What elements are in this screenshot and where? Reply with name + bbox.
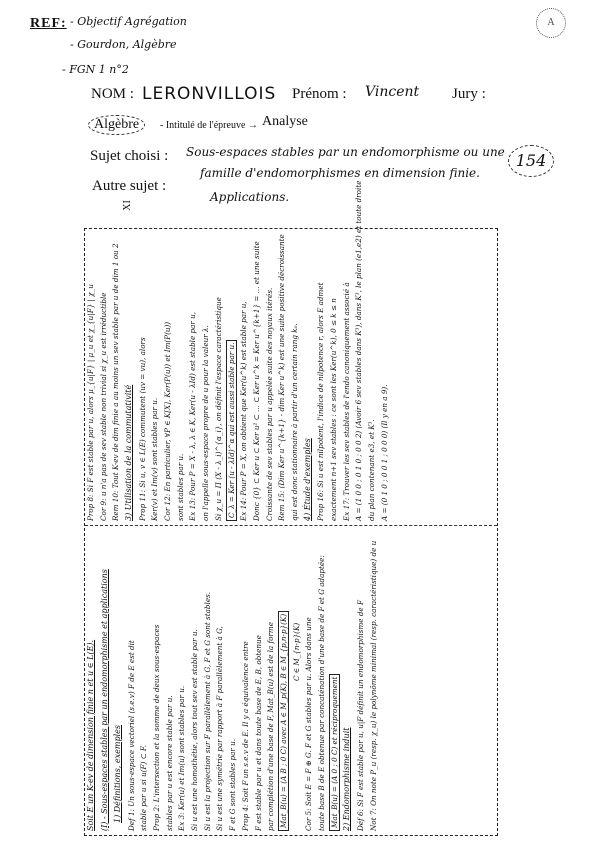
sujet-value-line-2: famille d'endomorphismes en dimension fi… — [200, 166, 480, 180]
corner-mark: XI — [122, 200, 133, 211]
plan-line: Rem 10: Tout K-ev de dim finie a au moin… — [112, 233, 119, 521]
plan-line: Ex 13: Pour P = X - λ, λ ∈ K, Ker(u - λI… — [189, 233, 196, 521]
plan-line: Croissante de sev stables par u appelée … — [266, 233, 273, 521]
plan-line: Si u est une symétrie par rapport à F pa… — [216, 530, 223, 831]
prenom-value: Vincent — [365, 84, 419, 100]
plan-line: F et G sont stables par u. — [229, 530, 236, 831]
plan-line: stables par u est encore stable par u. — [166, 530, 173, 831]
plan-subsection-title: 3) Utilisation de la commutativité — [125, 233, 133, 521]
stamp-icon: A — [536, 8, 566, 38]
plan-line: Rem 15: (Dim Ker u^{k+1} - dim Ker u^k) … — [278, 233, 285, 521]
prenom-label: Prénom : — [292, 86, 347, 103]
plan-line: Ex 17: Trouver les sev stables de l'endo… — [343, 233, 350, 521]
plan-line: Prop 16: Si u est nilpotent, l'indice de… — [317, 233, 324, 521]
plan-formula-box: C_λ = Ker (u - λId)^α qui est aussi stab… — [226, 340, 237, 521]
plan-line: Def 1: Un sous-espace vectoriel (s.e.v) … — [128, 530, 135, 831]
ref-line-3: - FGN 1 n°2 — [62, 63, 129, 76]
plan-line: F est stable par u et dans toute base de… — [255, 530, 262, 831]
plan-line: Prop 2: L'intersection et la somme de de… — [153, 530, 160, 831]
plan-line: Si u est une homothétie, alors tout sev … — [191, 530, 198, 831]
ref-line-1: - Objectif Agrégation — [70, 15, 187, 28]
plan-line: Not 7: On note P_u (resp. χ_u) le polynô… — [370, 530, 377, 831]
plan-line: stable par u si u(F) ⊂ F. — [140, 530, 147, 831]
plan-subsection-title: 4) Étude d'exemples — [304, 233, 312, 521]
plan-line: par complétion d'une base de F, Mat_B(u)… — [267, 530, 274, 831]
sujet-value-line-1: Sous-espaces stables par un endomorphism… — [186, 145, 505, 159]
plan-line: on l'appelle sous-espace propre de u pou… — [202, 233, 209, 521]
lesson-number-circled: 154 — [508, 145, 554, 177]
plan-line: Prop 11: Si u, v ∈ L(E) commutent (uv = … — [139, 233, 146, 521]
plan-line: A = (0 1 0 ; 0 0 1 ; 0 0 0) (Il y en a 9… — [381, 233, 388, 521]
autre-sujet-value: Applications. — [210, 190, 289, 204]
plan-line: Donc {0} ⊂ Ker u ⊂ Ker u² ⊂ ... ⊂ Ker u^… — [253, 233, 260, 521]
jury-label: Jury : — [452, 86, 486, 103]
lesson-plan-rotated: Soit E un K-ev de dimension finie n et u… — [85, 229, 497, 835]
plan-line: Prop 4: Soit F un s.e.v de E. Il y a équ… — [242, 530, 249, 831]
plan-subsection-title: 1) Définitions, exemples — [114, 530, 122, 823]
nom-value: LERONVILLOIS — [142, 84, 276, 104]
plan-line: A = (1 0 0 ; 0 1 0 ; 0 0 2) (Avoir 6 sev… — [355, 233, 362, 521]
plan-left-column: Soit E un K-ev de dimension finie n et u… — [85, 525, 497, 835]
plan-line: Cor 12: En particulier, ∀P ∈ K[X], Ker(P… — [164, 233, 171, 521]
autre-sujet-label: Autre sujet : — [92, 178, 166, 195]
plan-subsection-title: 2) Endomorphisme induit — [343, 530, 351, 831]
option-analyse: Analyse — [262, 114, 308, 130]
plan-line: Ex 14: Pour P = X, on obtient que Ker(u^… — [240, 233, 247, 521]
nom-label: NOM : — [91, 86, 134, 103]
plan-right-column: Prop 8: Si F est stable par u, alors μ_{… — [85, 229, 497, 525]
plan-line: toute base B de E obtenue par concaténat… — [318, 530, 325, 831]
plan-line: du plan contenant e3, et K³. — [368, 233, 375, 521]
plan-line: Cor 9: u n'a pas de sev stable non trivi… — [100, 233, 107, 521]
plan-line: Déf 6: Si F est stable par u, u|F défini… — [357, 530, 364, 831]
plan-line: sont stables par u. — [177, 233, 184, 521]
option-rest: - Intitulé de l'épreuve → — [160, 120, 258, 131]
plan-line: Cor 5: Soit E = F ⊕ G. F et G stables pa… — [305, 530, 312, 831]
option-algebre-circled: Algèbre — [88, 115, 145, 135]
plan-line: Ker(v) et Im(v) sont stables par u. — [151, 233, 158, 521]
lesson-plan-box: Soit E un K-ev de dimension finie n et u… — [84, 228, 498, 836]
plan-line: Si χ_u = Π (X - λ_i)^{α_i}, on définit l… — [215, 233, 222, 521]
plan-line: exactement n+1 sev stables : ce sont les… — [330, 233, 337, 521]
plan-line: C ∈ M_{n-p}(K) — [293, 530, 300, 681]
ref-line-2: - Gourdon, Algèbre — [70, 38, 177, 51]
plan-matrix-box: Mat_B(u) = (A B ; 0 C) avec A ∈ M_p(K), … — [278, 611, 289, 831]
plan-line: Prop 8: Si F est stable par u, alors μ_{… — [87, 233, 94, 521]
plan-line: Si u est la projection sur F parallèleme… — [204, 530, 211, 831]
plan-section-title: (I) - Sous-espaces stables par un endomo… — [101, 530, 109, 831]
plan-matrix-box: Mat_B(u) = (A 0 ; 0 C) et réciproquement — [329, 674, 340, 831]
ref-label: REF: — [30, 16, 67, 32]
sujet-label: Sujet choisi : — [90, 148, 168, 165]
plan-line: Ex 3: Ker(u) et Im(u) sont stables par u… — [178, 530, 185, 831]
plan-line: Soit E un K-ev de dimension finie n et u… — [87, 530, 95, 831]
plan-line: qui est donc stationnaire à partir d'un … — [291, 233, 298, 521]
